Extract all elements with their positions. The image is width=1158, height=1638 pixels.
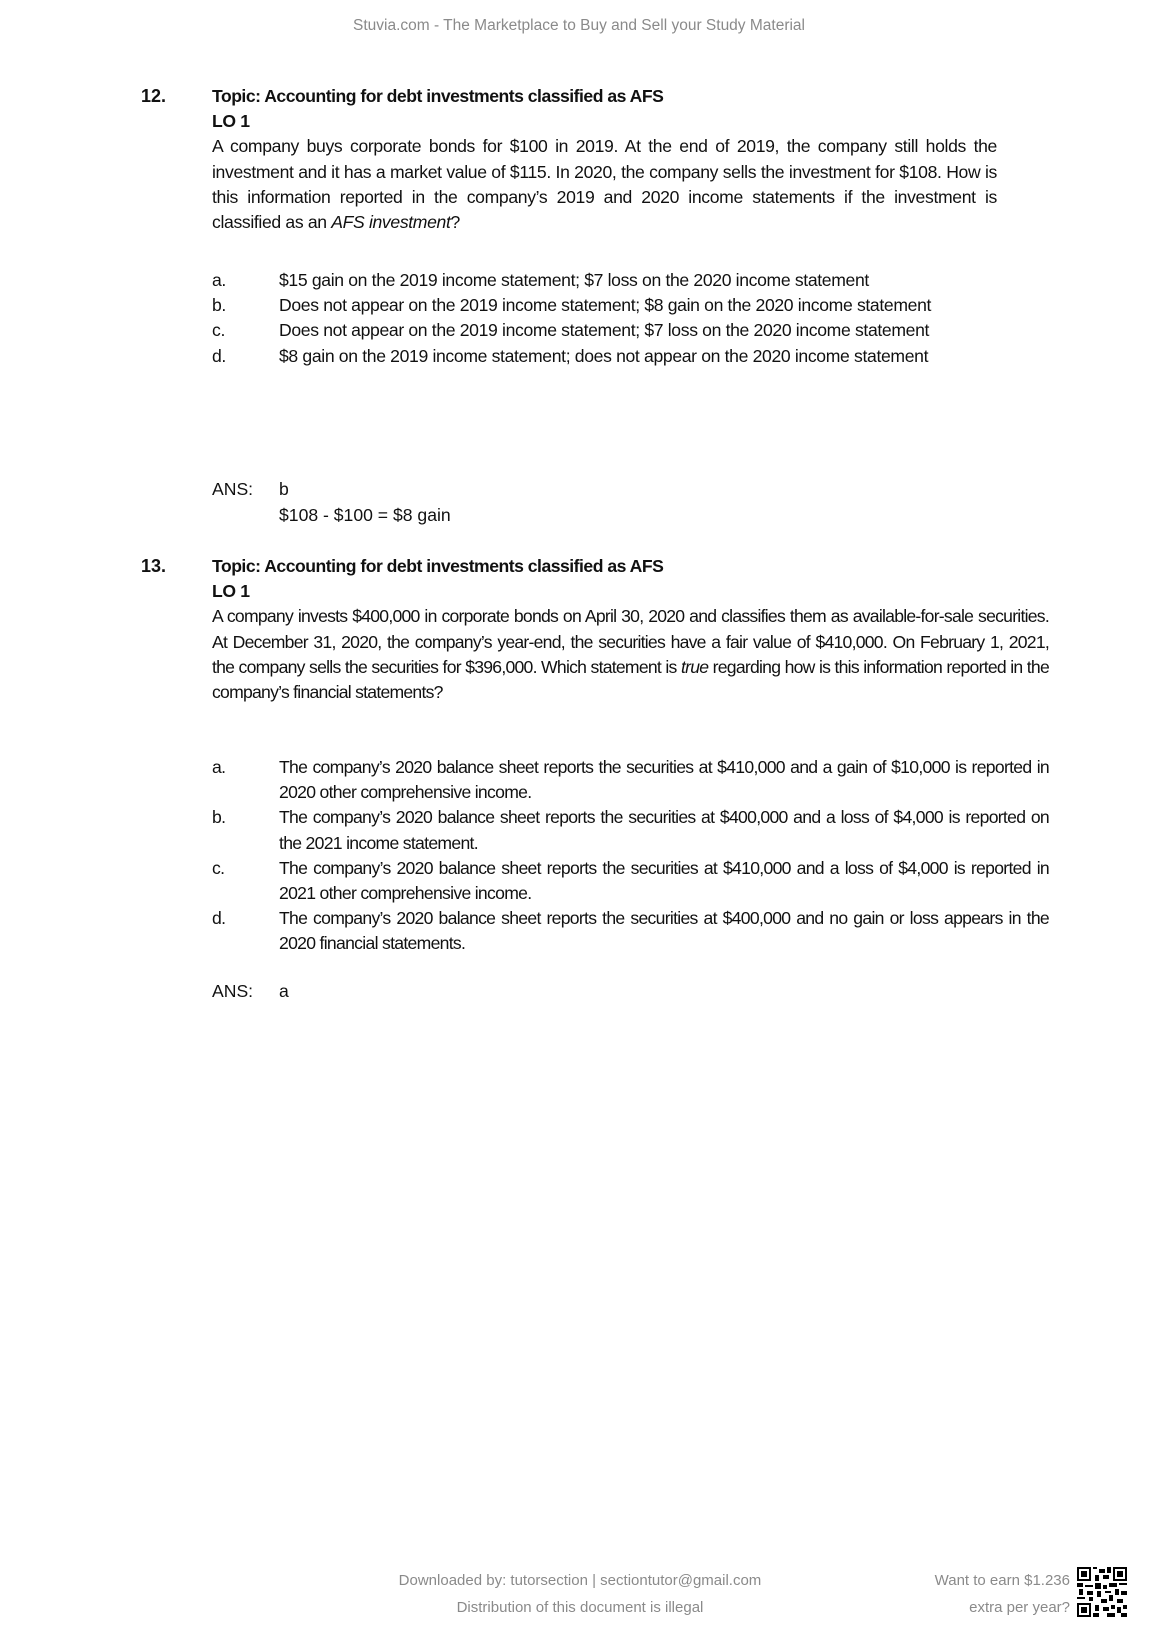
option-a: a.$15 gain on the 2019 income statement;… (212, 268, 997, 293)
question-topic: Topic: Accounting for debt investments c… (212, 84, 997, 109)
answer-label: ANS: (212, 476, 279, 502)
option-b: b.The company’s 2020 balance sheet repor… (212, 805, 1049, 855)
distribution-notice: Distribution of this document is illegal (330, 1594, 830, 1621)
option-d: d.The company’s 2020 balance sheet repor… (212, 906, 1049, 956)
option-c: c.Does not appear on the 2019 income sta… (212, 318, 997, 343)
qr-code-icon[interactable] (1077, 1567, 1127, 1617)
question-stem: A company buys corporate bonds for $100 … (212, 134, 997, 235)
question-body: Topic: Accounting for debt investments c… (212, 84, 997, 235)
promo-line-1[interactable]: Want to earn $1.236 (935, 1567, 1070, 1594)
footer-promo[interactable]: Want to earn $1.236 extra per year? (935, 1567, 1070, 1621)
page-header: Stuvia.com - The Marketplace to Buy and … (0, 17, 1158, 35)
question-body: Topic: Accounting for debt investments c… (212, 554, 1049, 705)
question-number: 13. (141, 556, 166, 577)
answer-section: ANS:b $108 - $100 = $8 gain (212, 476, 451, 528)
option-c: c.The company’s 2020 balance sheet repor… (212, 856, 1049, 906)
answer-options: a.The company’s 2020 balance sheet repor… (212, 755, 1049, 957)
footer-download-info: Downloaded by: tutorsection | sectiontut… (330, 1567, 830, 1621)
option-b: b.Does not appear on the 2019 income sta… (212, 293, 997, 318)
learning-objective: LO 1 (212, 109, 997, 134)
answer-value: b (279, 476, 289, 502)
question-topic: Topic: Accounting for debt investments c… (212, 554, 1049, 579)
answer-label: ANS: (212, 978, 279, 1004)
downloaded-by: Downloaded by: tutorsection | sectiontut… (330, 1567, 830, 1594)
answer-explanation: $108 - $100 = $8 gain (279, 502, 451, 528)
option-a: a.The company’s 2020 balance sheet repor… (212, 755, 1049, 805)
question-number: 12. (141, 86, 166, 107)
answer-options: a.$15 gain on the 2019 income statement;… (212, 268, 997, 369)
answer-value: a (279, 978, 289, 1004)
learning-objective: LO 1 (212, 579, 1049, 604)
answer-section: ANS:a (212, 978, 289, 1004)
question-stem: A company invests $400,000 in corporate … (212, 604, 1049, 705)
promo-line-2[interactable]: extra per year? (935, 1594, 1070, 1621)
option-d: d.$8 gain on the 2019 income statement; … (212, 344, 997, 369)
